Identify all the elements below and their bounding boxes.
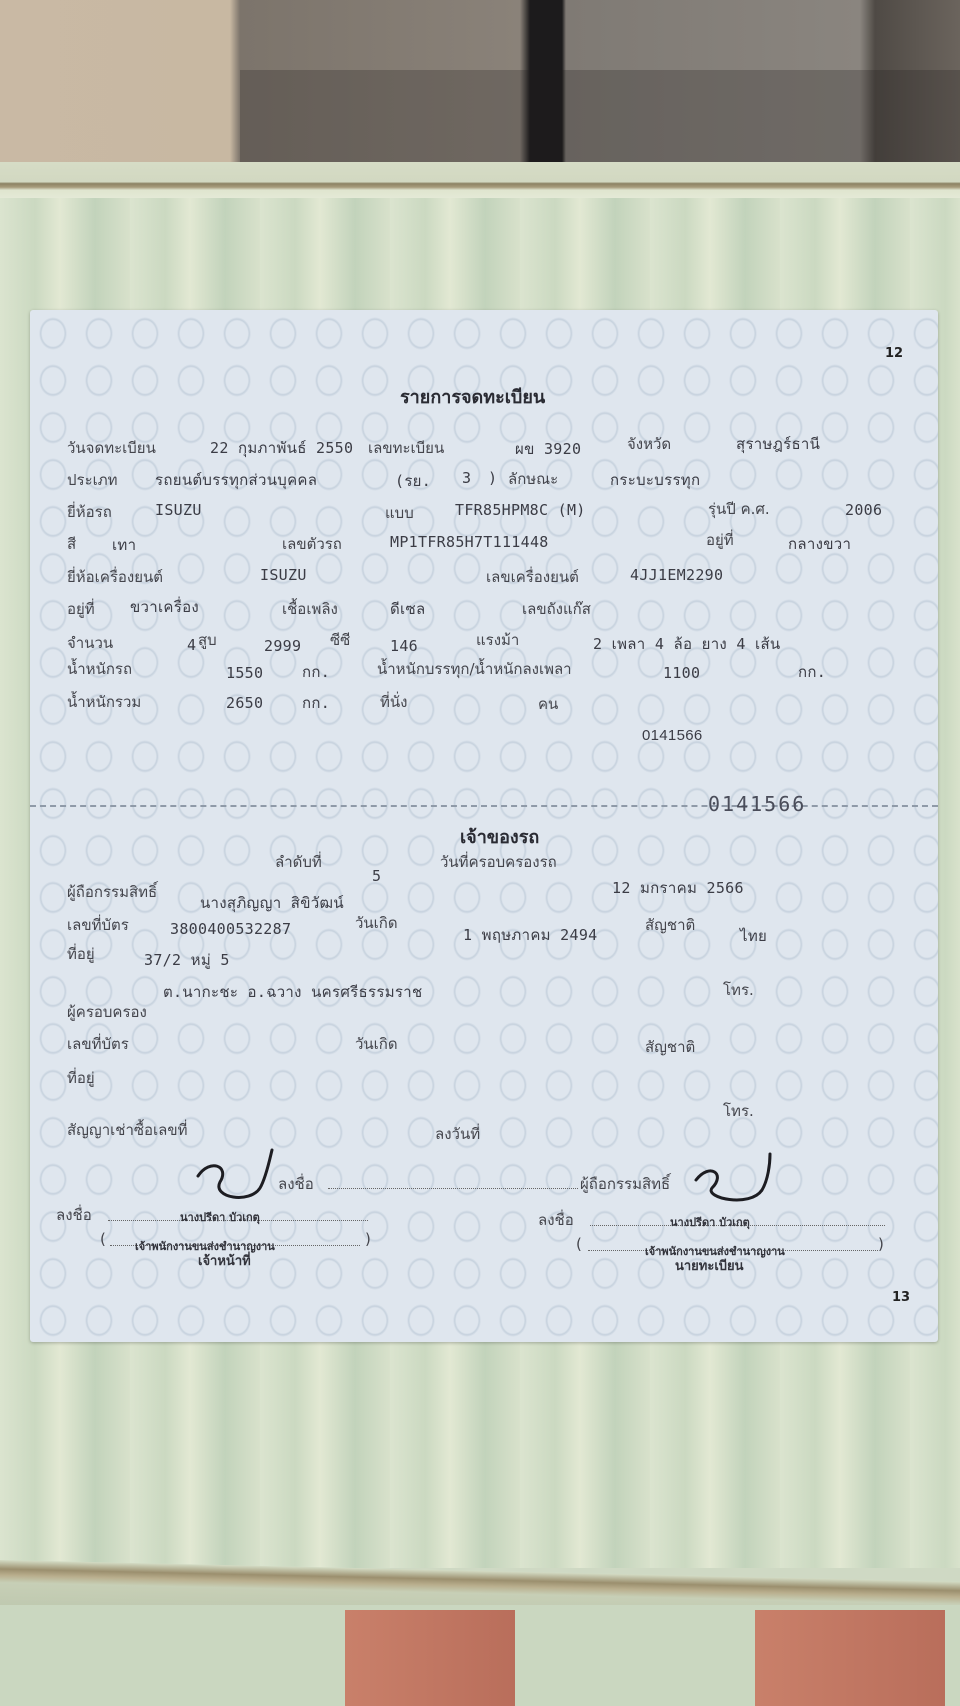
chassis-location-value: กลางขวา xyxy=(788,532,851,556)
officer-role: เจ้าหน้าที่ xyxy=(198,1250,251,1271)
holder-dob-value: 1 พฤษภาคม 2494 xyxy=(463,923,598,947)
chassis-label: เลขตัวรถ xyxy=(282,532,342,556)
holder-address-line1: 37/2 หมู่ 5 xyxy=(144,948,230,972)
year-label: รุ่นปี ค.ศ. xyxy=(708,497,770,521)
registrar-role: นายทะเบียน xyxy=(675,1255,744,1276)
reg-date-value: 22 กุมภาพันธ์ 2550 xyxy=(210,436,353,460)
type-code-open: (รย. xyxy=(395,469,431,493)
reg-date-label: วันจดทะเบียน xyxy=(67,436,156,460)
seats-unit: คน xyxy=(538,692,558,716)
model-value: TFR85HPM8C (M) xyxy=(455,501,586,519)
officer-name: นางปรีดา บัวเกตุ xyxy=(180,1208,260,1226)
axles-value: 2 เพลา 4 ล้อ ยาง 4 เส้น xyxy=(593,632,780,656)
possessor-address-label: ที่อยู่ xyxy=(67,1066,95,1090)
officer-paren-open: ( xyxy=(100,1230,106,1248)
leg-right xyxy=(755,1610,945,1706)
style-label: ลักษณะ xyxy=(508,467,558,491)
holder-id-value: 3800400532287 xyxy=(170,920,291,938)
type-code-value: 3 xyxy=(462,469,471,487)
engine-location-label: อยู่ที่ xyxy=(67,597,95,621)
province-label: จังหวัด xyxy=(627,432,671,456)
registrar-paren-close: ) xyxy=(878,1235,884,1253)
registration-document: 12 รายการจดทะเบียน วันจดทะเบียน 22 กุมภา… xyxy=(30,310,938,1342)
load-label: น้ำหนักบรรทุก/น้ำหนักลงเพลา xyxy=(377,657,572,681)
holder-address-line2: ต.นากะชะ อ.ฉวาง นครศรีธรรมราช xyxy=(163,980,422,1004)
order-value: 5 xyxy=(372,867,381,885)
lease-date-label: ลงวันที่ xyxy=(435,1122,480,1146)
gross-weight-unit: กก. xyxy=(302,691,330,715)
holder-sign-suffix: ผู้ถือกรรมสิทธิ์ xyxy=(580,1172,670,1196)
registrar-name: นางปรีดา บัวเกตุ xyxy=(670,1213,750,1231)
holder-address-label: ที่อยู่ xyxy=(67,942,95,966)
engine-number-label: เลขเครื่องยนต์ xyxy=(486,565,579,589)
load-unit: กก. xyxy=(798,660,826,684)
chassis-value: MP1TFR85H7T111448 xyxy=(390,533,549,551)
background-brick-wall xyxy=(0,0,960,165)
engine-number-value: 4JJ1EM2290 xyxy=(630,566,723,584)
color-label: สี xyxy=(67,532,76,556)
weight-label: น้ำหนักรถ xyxy=(67,657,132,681)
cylinders-value: 4 xyxy=(187,636,196,654)
holder-phone-label: โทร. xyxy=(723,978,754,1002)
year-value: 2006 xyxy=(845,501,882,519)
registration-serial: 0141566 xyxy=(642,727,703,744)
possessor-label: ผู้ครอบครอง xyxy=(67,1000,147,1024)
hp-unit: แรงม้า xyxy=(476,628,519,652)
weight-value: 1550 xyxy=(226,664,263,682)
possession-date-value: 12 มกราคม 2566 xyxy=(612,876,744,900)
type-value: รถยนต์บรรทุกส่วนบุคคล xyxy=(155,468,317,492)
leg-left xyxy=(345,1610,515,1706)
brand-label: ยี่ห้อรถ xyxy=(67,500,112,524)
province-value: สุราษฎร์ธานี xyxy=(736,432,820,456)
possessor-phone-label: โทร. xyxy=(723,1099,754,1123)
holder-nationality-label: สัญชาติ xyxy=(645,913,695,937)
seats-label: ที่นั่ง xyxy=(380,690,407,714)
officer-paren-close: ) xyxy=(365,1230,371,1248)
chassis-location-label: อยู่ที่ xyxy=(706,528,734,552)
holder-dob-label: วันเกิด xyxy=(355,911,398,935)
holder-name: นางสุภิญญา สิขิวัฒน์ xyxy=(200,891,344,915)
type-code-close: ) xyxy=(488,469,497,487)
registrar-sign-label: ลงชื่อ xyxy=(538,1208,574,1232)
cylinders-unit: สูบ xyxy=(198,628,217,652)
possessor-id-label: เลขที่บัตร xyxy=(67,1032,129,1056)
holder-signature-right xyxy=(690,1152,780,1212)
model-label: แบบ xyxy=(385,501,414,525)
cylinders-label: จำนวน xyxy=(67,631,113,655)
load-value: 1100 xyxy=(663,664,700,682)
fuel-label: เชื้อเพลิง xyxy=(282,597,338,621)
fuel-value: ดีเซล xyxy=(390,597,425,621)
brand-value: ISUZU xyxy=(155,501,202,519)
perforation-serial: 0141566 xyxy=(708,792,806,816)
engine-brand-label: ยี่ห้อเครื่องยนต์ xyxy=(67,565,163,589)
holder-sign-line xyxy=(328,1188,578,1189)
page-number-top: 12 xyxy=(885,346,903,361)
gross-weight-value: 2650 xyxy=(226,694,263,712)
holder-id-label: เลขที่บัตร xyxy=(67,913,129,937)
order-label: ลำดับที่ xyxy=(275,850,322,874)
table-edge-top xyxy=(0,162,960,198)
page-number-bottom: 13 xyxy=(892,1290,910,1305)
officer-sign-label: ลงชื่อ xyxy=(56,1203,92,1227)
holder-signature-left xyxy=(190,1148,280,1208)
possessor-nationality-label: สัญชาติ xyxy=(645,1035,695,1059)
registration-title: รายการจดทะเบียน xyxy=(400,382,545,411)
cc-unit: ซีซี xyxy=(330,628,350,652)
holder-nationality-value: ไทย xyxy=(740,924,767,948)
weight-unit: กก. xyxy=(302,660,330,684)
owner-title: เจ้าของรถ xyxy=(460,822,539,851)
style-value: กระบะบรรทุก xyxy=(610,468,700,492)
possession-date-label: วันที่ครอบครองรถ xyxy=(440,850,557,874)
hp-value: 146 xyxy=(390,637,418,655)
possessor-dob-label: วันเกิด xyxy=(355,1032,398,1056)
holder-sign-label: ลงชื่อ xyxy=(278,1172,314,1196)
lease-contract-label: สัญญาเช่าซื้อเลขที่ xyxy=(67,1118,188,1142)
color-value: เทา xyxy=(112,533,136,557)
plate-label: เลขทะเบียน xyxy=(368,436,444,460)
registrar-paren-open: ( xyxy=(576,1235,582,1253)
gross-weight-label: น้ำหนักรวม xyxy=(67,690,141,714)
type-label: ประเภท xyxy=(67,468,118,492)
gas-tank-label: เลขถังแก๊ส xyxy=(522,597,591,621)
engine-location-value: ขวาเครื่อง xyxy=(130,595,199,619)
engine-brand-value: ISUZU xyxy=(260,566,307,584)
holder-label: ผู้ถือกรรมสิทธิ์ xyxy=(67,880,157,904)
plate-value: ผข 3920 xyxy=(515,437,581,461)
cc-value: 2999 xyxy=(264,637,301,655)
